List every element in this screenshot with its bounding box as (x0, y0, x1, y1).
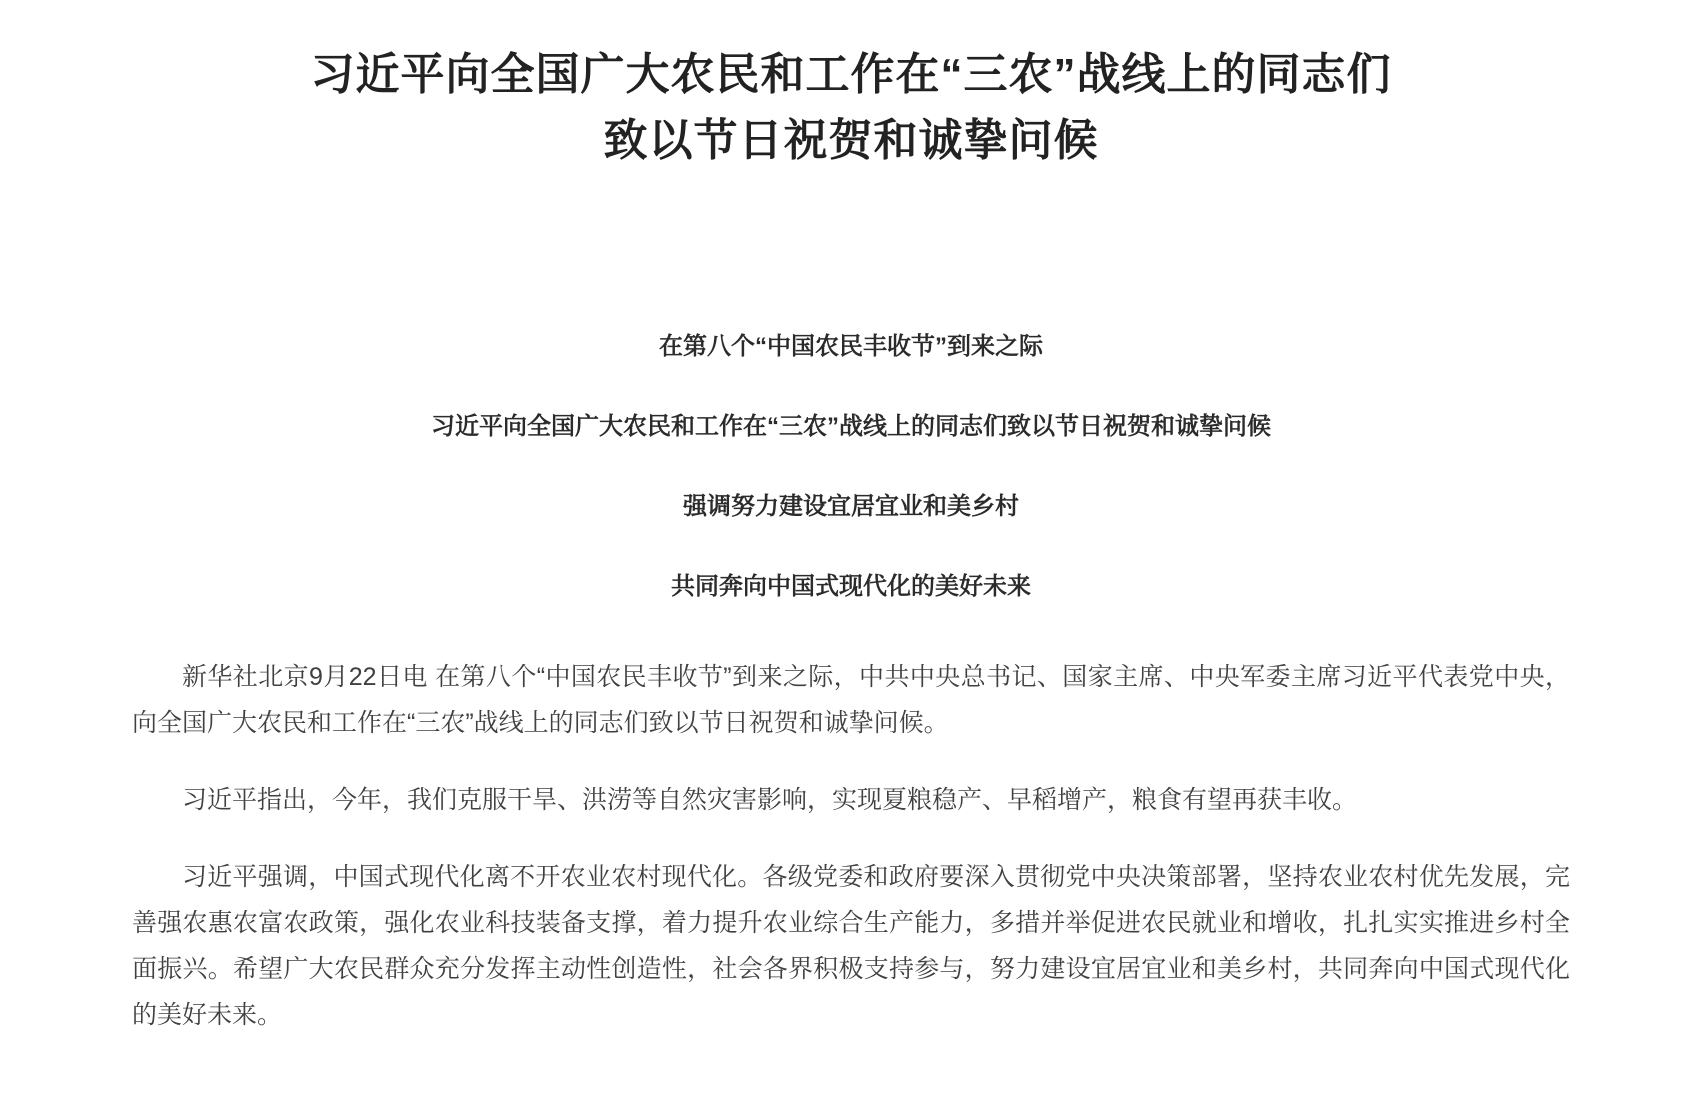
article-body: 新华社北京9月22日电 在第八个“中国农民丰收节”到来之际，中共中央总书记、国家… (132, 654, 1570, 1038)
subtitle-line-emphasis: 强调努力建设宜居宜业和美乡村 (132, 492, 1570, 522)
body-paragraph-1: 新华社北京9月22日电 在第八个“中国农民丰收节”到来之际，中共中央总书记、国家… (132, 654, 1570, 746)
subtitle-line-greeting: 习近平向全国广大农民和工作在“三农”战线上的同志们致以节日祝贺和诚挚问候 (132, 412, 1570, 442)
body-paragraph-2: 习近平指出，今年，我们克服干旱、洪涝等自然灾害影响，实现夏粮稳产、早稻增产，粮食… (132, 777, 1570, 823)
subtitle-block: 在第八个“中国农民丰收节”到来之际 习近平向全国广大农民和工作在“三农”战线上的… (132, 332, 1570, 602)
subtitle-line-future: 共同奔向中国式现代化的美好未来 (132, 572, 1570, 602)
news-article: 习近平向全国广大农民和工作在“三农”战线上的同志们 致以节日祝贺和诚挚问候 在第… (132, 0, 1570, 1038)
article-title-line-1: 习近平向全国广大农民和工作在“三农”战线上的同志们 (311, 50, 1392, 99)
article-title: 习近平向全国广大农民和工作在“三农”战线上的同志们 致以节日祝贺和诚挚问候 (132, 42, 1570, 174)
subtitle-line-occasion: 在第八个“中国农民丰收节”到来之际 (132, 332, 1570, 362)
article-title-line-2: 致以节日祝贺和诚挚问候 (604, 116, 1099, 165)
body-paragraph-3: 习近平强调，中国式现代化离不开农业农村现代化。各级党委和政府要深入贯彻党中央决策… (132, 854, 1570, 1038)
